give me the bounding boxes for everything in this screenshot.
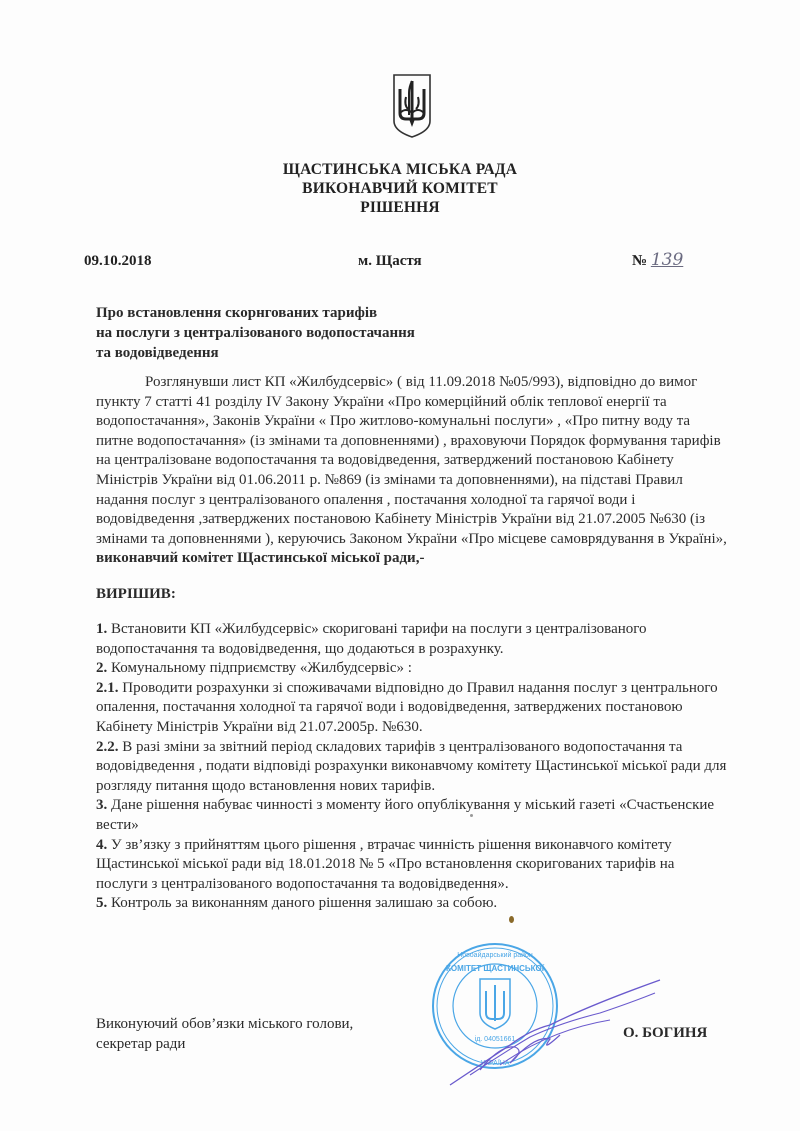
- subject-line: Про встановлення скорнгованих тарифів: [96, 303, 415, 323]
- decision-item: 2.2. В разі зміни за звітний період скла…: [96, 738, 728, 797]
- council-name: ЩАСТИНСЬКА МІСЬКА РАДА: [0, 161, 800, 179]
- document-number: № 139: [632, 250, 683, 270]
- svg-text:Новоайдарський район: Новоайдарський район: [457, 951, 533, 959]
- subject-line: на послуги з централізованого водопостач…: [96, 323, 415, 343]
- decision-item: 4. У зв’язку з прийняттям цього рішення …: [96, 836, 728, 895]
- committee-name: ВИКОНАВЧИЙ КОМІТЕТ: [0, 180, 800, 198]
- signatory-name: О. БОГИНЯ: [623, 1025, 707, 1042]
- number-value-handwritten: 139: [651, 250, 683, 270]
- preamble-bold-tail: виконавчий комітет Щастинської міської р…: [96, 550, 424, 566]
- svg-text:КОМІТЕТ ЩАСТИНСЬКОЇ: КОМІТЕТ ЩАСТИНСЬКОЇ: [446, 964, 545, 973]
- decision-item: 5. Контроль за виконанням даного рішення…: [96, 894, 728, 914]
- scan-speck: [509, 916, 514, 923]
- decision-items: 1. Встановити КП «Жилбудсервіс» скоригов…: [96, 620, 728, 914]
- decision-item: 2. Комунальному підприємству «Жилбудсерв…: [96, 659, 728, 679]
- document-place: м. Щастя: [358, 253, 422, 270]
- trident-coat-of-arms-icon: [392, 73, 432, 139]
- decision-item: 1. Встановити КП «Жилбудсервіс» скоригов…: [96, 620, 728, 659]
- decision-item: 3. Дане рішення набуває чинності з момен…: [96, 796, 728, 835]
- document-page: ЩАСТИНСЬКА МІСЬКА РАДА ВИКОНАВЧИЙ КОМІТЕ…: [0, 0, 800, 1131]
- document-subject: Про встановлення скорнгованих тарифів на…: [96, 303, 415, 363]
- number-label: №: [632, 253, 647, 269]
- signatory-position: Виконуючий обов’язки міського голови, се…: [96, 1014, 353, 1054]
- scan-speck: [470, 814, 473, 817]
- document-date: 09.10.2018: [84, 253, 152, 270]
- decided-label: ВИРІШИВ:: [96, 586, 176, 603]
- preamble-text: Розглянувши лист КП «Жилбудсервіс» ( від…: [96, 374, 727, 547]
- preamble: Розглянувши лист КП «Жилбудсервіс» ( від…: [96, 373, 728, 569]
- document-type: РІШЕННЯ: [0, 199, 800, 217]
- subject-line: та водовідведення: [96, 343, 415, 363]
- decision-item: 2.1. Проводити розрахунки зі споживачами…: [96, 679, 728, 738]
